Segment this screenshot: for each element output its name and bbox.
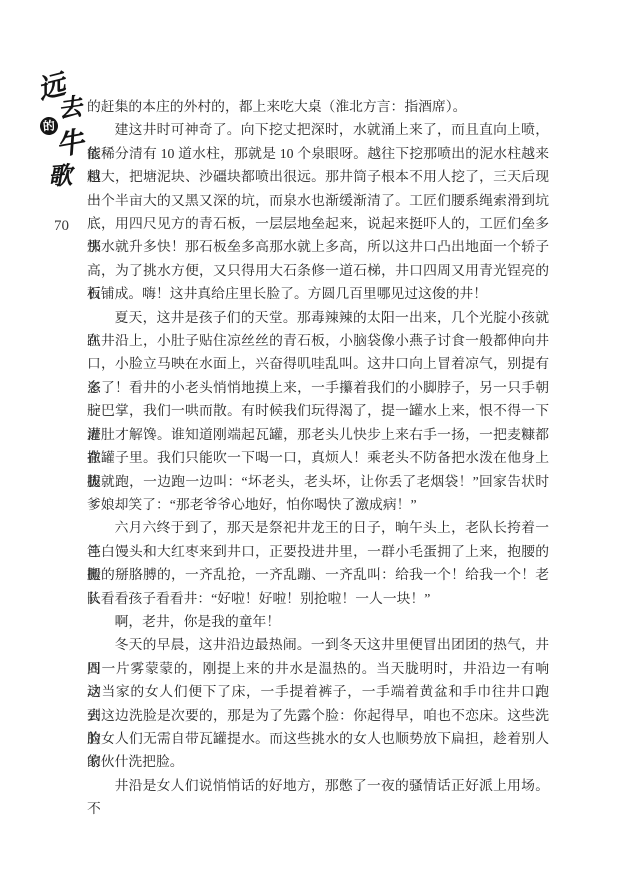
text-line: 啊，老井，你是我的童年！ <box>87 610 549 633</box>
text-line: 周一片雾蒙蒙的，刚提上来的井水是温热的。当天胧明时，井沿边一有响动， <box>87 657 549 680</box>
text-line: 斗白馒头和大红枣来到井口，正要投进井里，一群小毛蛋拥了上来，抱腰的搬 <box>87 540 549 563</box>
book-page: 远去的牛歌 70 的赶集的本庄的外村的，都上来吃大桌（淮北方言：指酒席）。建这井… <box>0 0 634 891</box>
text-line: 那水就升多快！那石板垒多高那水就上多高，所以这井口凸出地面一个轿子 <box>87 235 549 258</box>
book-series-logo: 远去的牛歌 <box>36 72 94 212</box>
text-line: 的赶集的本庄的外村的，都上来吃大桌（淮北方言：指酒席）。 <box>87 95 549 118</box>
text-line: 依稀分清有 10 道水柱，那就是 10 个泉眼呀。越往下挖那喷出的泥水柱越来越 <box>87 142 549 165</box>
text-line: 底，用四尺见方的青石板，一层层地垒起来，说起来挺吓人的，工匠们垒多快 <box>87 212 549 235</box>
text-line: 家伙什洗把脸。 <box>87 750 549 773</box>
text-line: 的女人们无需自带瓦罐提水。而这些挑水的女人也顺势放下扁担，趁着别人的 <box>87 727 549 750</box>
text-line: 井沿是女人们说悄悄话的好地方，那憋了一夜的骚情话正好派上用场。不 <box>87 774 549 797</box>
text-line: 一个半亩大的又黑又深的坑，而泉水也渐缓渐清了。工匠们腰系绳索滑到坑 <box>87 189 549 212</box>
text-line: 腿就跑，一边跑一边叫：“坏老头，老头坏，让你丢了老烟袋！”回家告状时 <box>87 470 549 493</box>
text-line: 进肚才解馋。谁知道刚端起瓦罐，那老头儿快步上来右手一扬，一把麦糠都撒 <box>87 423 549 446</box>
text-line: 高，为了挑水方便，又只得用大石条修一道石梯，井口四周又用青光锃亮的石 <box>87 259 549 282</box>
logo-char-5: 歌 <box>47 163 73 189</box>
text-line: 腿的掰胳膊的，一齐乱抢，一齐乱蹦、一齐乱叫：给我一个！给我一个！老队 <box>87 563 549 586</box>
text-line: 冬天的早晨，这井沿边最热闹。一到冬天这井里便冒出团团的热气，井四 <box>87 633 549 656</box>
text-line: 夏天，这井是孩子们的天堂。那毒辣辣的太阳一出来，几个光腚小孩就趴 <box>87 306 549 329</box>
text-line: 长看看孩子看看井：“好啦！好啦！别抢啦！一人一块！” <box>87 587 549 610</box>
text-line: 到这边洗脸是次要的，那是为了先露个脸：你起得早，咱也不恋床。这些洗脸 <box>87 704 549 727</box>
text-line: 六月六终于到了，那天是祭祀井龙王的日子，晌午头上，老队长挎着一笆 <box>87 516 549 539</box>
logo-char-4: 牛 <box>54 128 86 160</box>
text-line: 在罐子里。我们只能吹一下喝一口，真烦人！乘老头不防备把水泼在他身上拔 <box>87 446 549 469</box>
text-line: 一巴掌，我们一哄而散。有时候我们玩得渴了，提一罐水上来，恨不得一下灌 <box>87 399 549 422</box>
text-line: 粗大，把塘泥块、沙礓块都喷出很远。那井筒子根本不用人挖了，三天后现出 <box>87 165 549 188</box>
text-line: 口，小脸立马映在水面上，兴奋得叽哇乱叫。这井口向上冒着凉气，别提有多 <box>87 352 549 375</box>
text-line: 这当家的女人们便下了床，一手提着裤子，一手端着黄盆和手巾往井口跑去。 <box>87 680 549 703</box>
text-line: 板铺成。嗨！这井真给庄里长脸了。方圆几百里哪见过这俊的井！ <box>87 282 549 305</box>
page-number: 70 <box>54 218 69 235</box>
body-text: 的赶集的本庄的外村的，都上来吃大桌（淮北方言：指酒席）。建这井时可神奇了。向下挖… <box>87 95 549 797</box>
logo-char-2: 去 <box>56 94 83 121</box>
text-line: 恣了！看井的小老头悄悄地摸上来，一手攥着我们的小脚脖子，另一只手朝腚 <box>87 376 549 399</box>
text-line: 在井沿上，小肚子贴住凉丝丝的青石板，小脑袋像小燕子讨食一般都伸向井 <box>87 329 549 352</box>
text-line: 建这井时可神奇了。向下挖丈把深时，水就涌上来了，而且直向上喷，能 <box>87 118 549 141</box>
text-line: 爹娘却笑了：“那老爷爷心地好，怕你喝快了激成病！” <box>87 493 549 516</box>
